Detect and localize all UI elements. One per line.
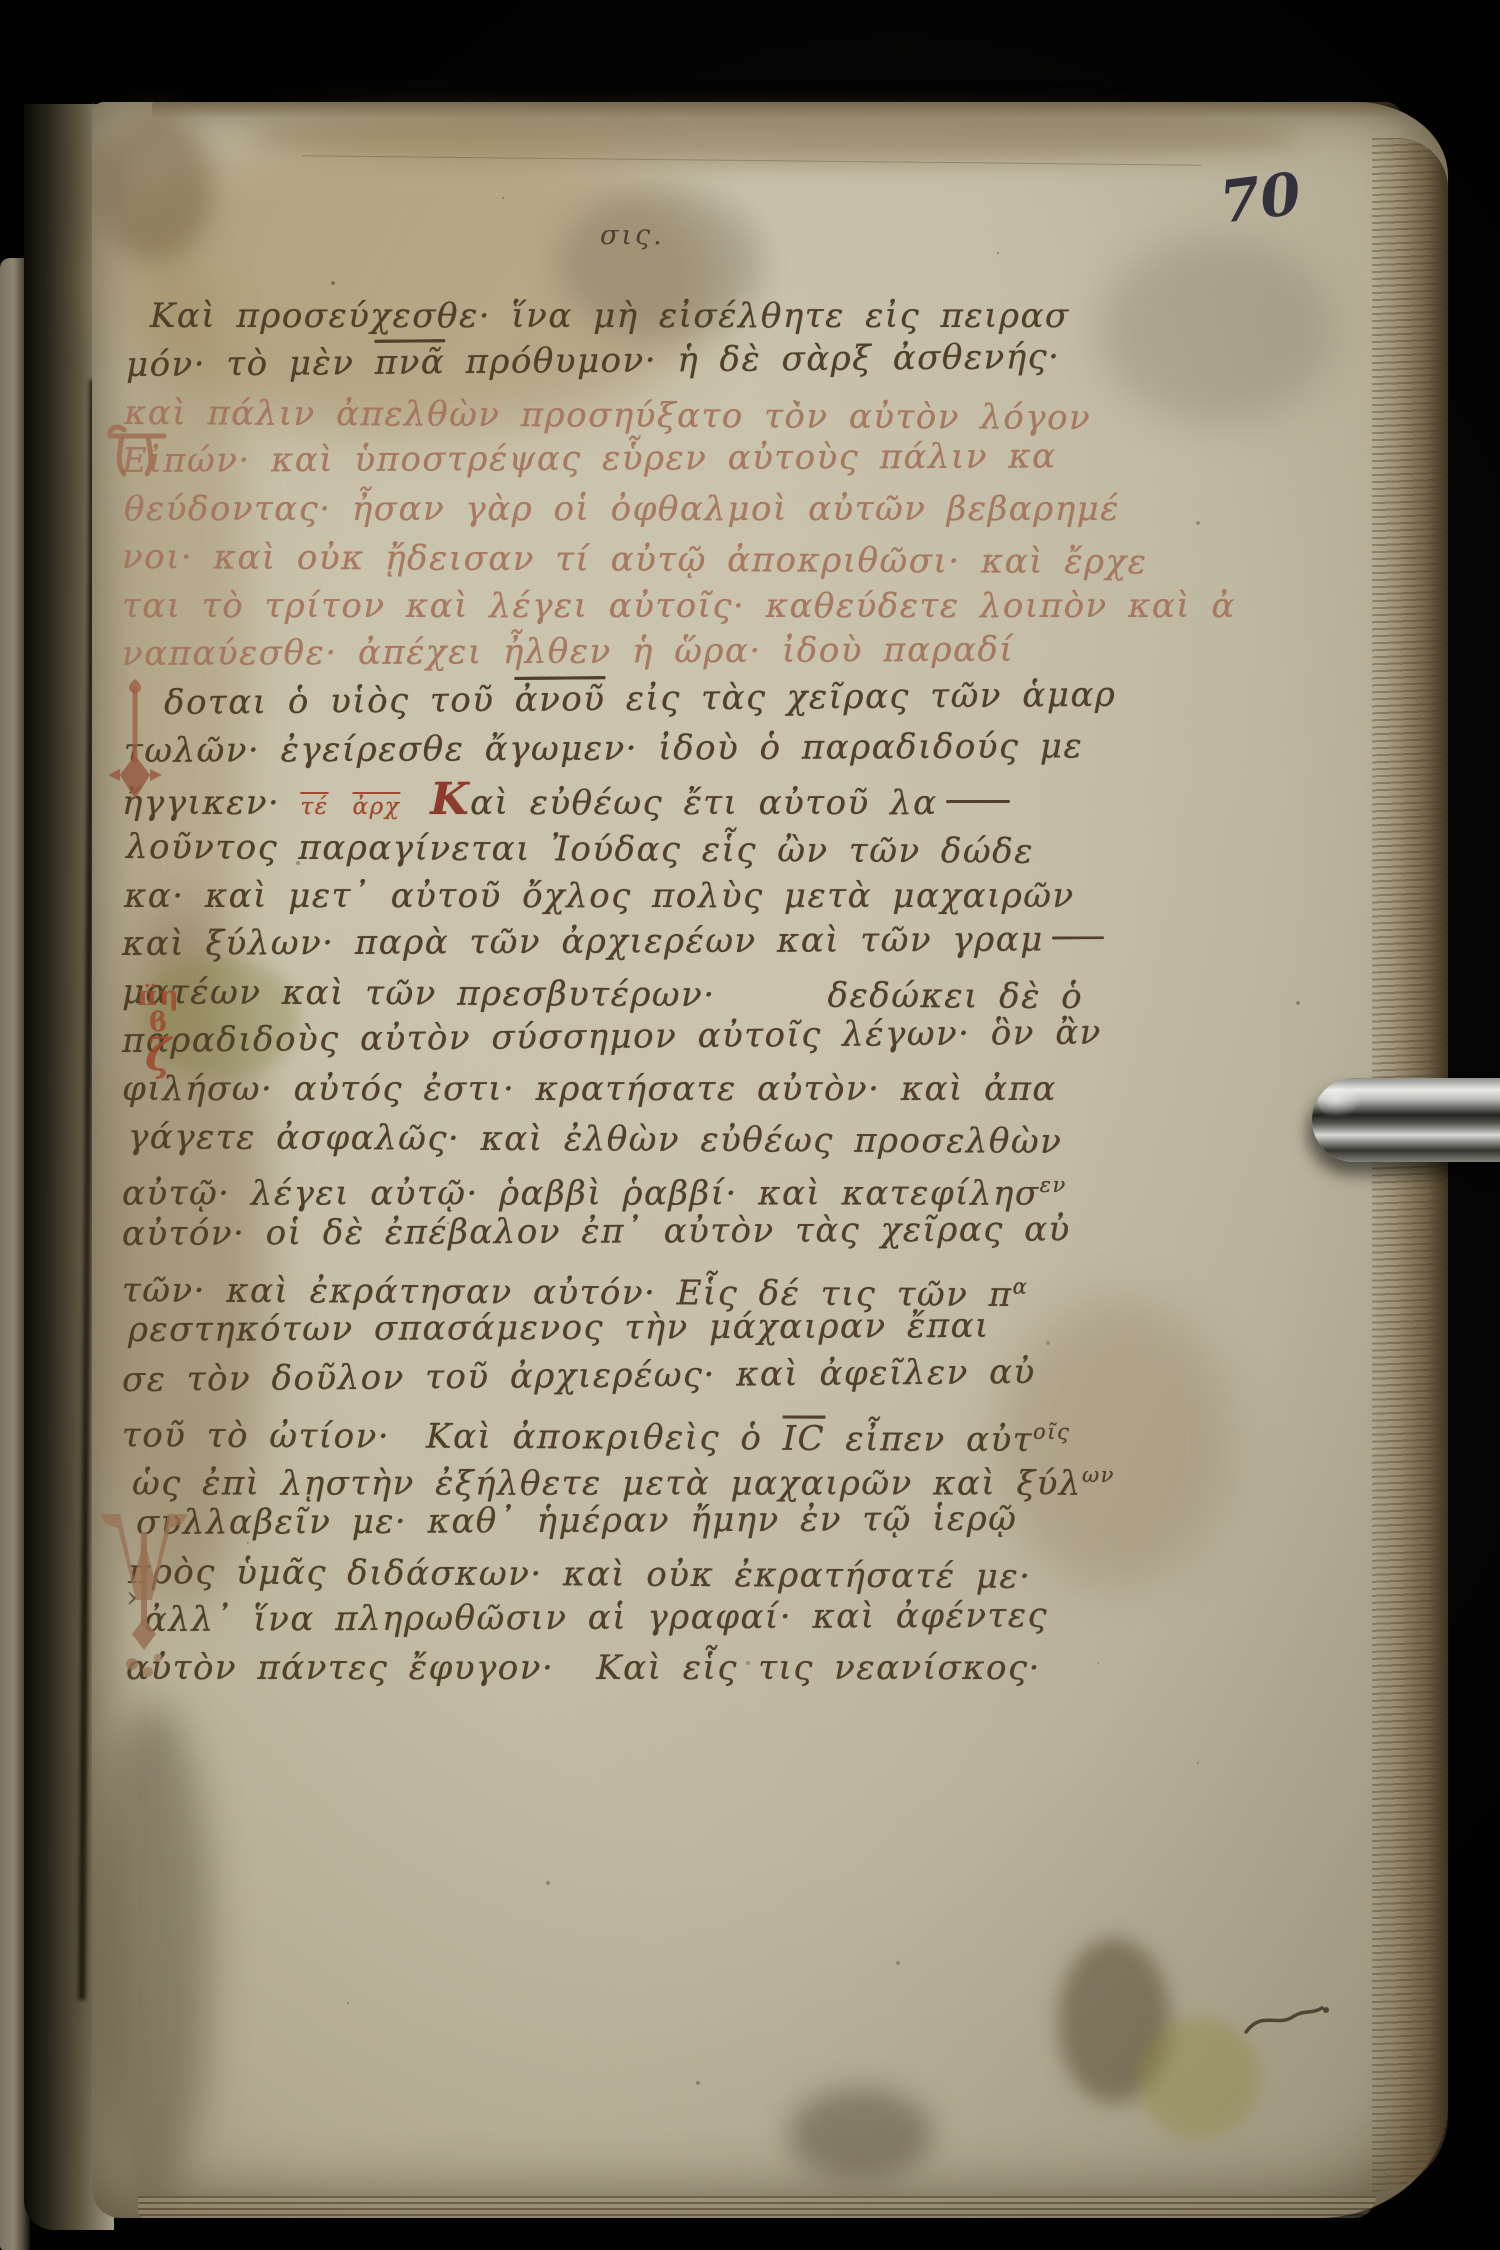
text-run: οῖς <box>1033 1419 1070 1444</box>
text-line: κα· καὶ μετ᾽ αὐτοῦ ὄχλος πολὺς μετὰ μαχα… <box>124 872 1082 920</box>
stain-bottom-yellow-specks <box>1138 2017 1260 2139</box>
text-line: νοι· καὶ οὐκ ᾔδεισαν τί αὐτῷ ἀποκριθῶσι·… <box>122 533 1082 586</box>
text-run: Κ <box>430 773 470 825</box>
text-run: ων <box>1082 1462 1115 1487</box>
text-line: μόν· τὸ μὲν πνᾶ πρόθυμον· ἡ δὲ σὰρξ ἀσθε… <box>126 333 1082 390</box>
text-run: εἰς τὰς χεῖρας τῶν ἁμαρ <box>605 675 1116 719</box>
text-line: αὐτόν· οἱ δὲ ἐπέβαλον ἐπ᾽ αὐτὸν τὰς χεῖρ… <box>122 1205 1082 1258</box>
text-line: αὐτὸν πάντες ἔφυγον·Καὶ εἷς τις νεανίσκο… <box>126 1644 1082 1692</box>
text-line: ἀλλ᾽ ἵνα πληρωθῶσιν αἱ γραφαί· καὶ ἀφέντ… <box>144 1591 1082 1644</box>
text-run: α <box>1013 1274 1029 1299</box>
text-line: παραδιδοὺς αὐτὸν σύσσημον αὐτοῖς λέγων· … <box>122 1009 1082 1066</box>
stain-bottom-left-smudge <box>788 2088 933 2180</box>
line-filler-rule <box>946 800 1010 803</box>
text-run: ἀλλ᾽ ἵνα πληρωθῶσιν αἱ γραφαί· καὶ ἀφέντ… <box>144 1596 1048 1640</box>
text-run: συλλαβεῖν με· καθ᾽ ἡμέραν ἤμην ἐν τῷ ἱερ… <box>136 1499 1018 1543</box>
manuscript-page: σις. 70 Καὶ προσεύχεσθε· ἵνα μὴ εἰσέλθητ… <box>92 102 1448 2218</box>
text-line: σε τὸν δοῦλον τοῦ ἀρχιερέως· καὶ ἀφεῖλεν… <box>122 1347 1082 1404</box>
quire-mark: σις. <box>600 220 665 251</box>
top-page-edge <box>152 102 1402 118</box>
pen-trial-squiggle-icon <box>1242 2000 1334 2042</box>
manuscript-photo: σις. 70 Καὶ προσεύχεσθε· ἵνα μὴ εἰσέλθητ… <box>0 0 1500 2250</box>
text-run: ΙC <box>783 1419 826 1459</box>
text-run: πρόθυμον· ἡ δὲ σὰρξ ἀσθενής· <box>445 337 1061 382</box>
text-run: αὐτόν· οἱ δὲ ἐπέβαλον ἐπ᾽ αὐτὸν τὰς χεῖρ… <box>122 1209 1071 1254</box>
text-run: παραδιδοὺς αὐτὸν σύσσημον αὐτοῖς λέγων· … <box>122 1013 1102 1062</box>
text-run: ἀνοῦ <box>515 680 606 721</box>
text-line: λοῦντος παραγίνεται Ἰούδας εἷς ὢν τῶν δώ… <box>126 823 1082 876</box>
text-run: πνᾶ <box>375 343 446 384</box>
text-run: καὶ ξύλων· παρὰ τῶν ἀρχιερέων καὶ τῶν γρ… <box>122 919 1044 964</box>
fore-edge-page-stack <box>1372 138 1448 2192</box>
text-line: ἤγγικεν·τέἀρχΚαὶ εὐθέως ἔτι αὐτοῦ λα <box>122 775 1082 823</box>
text-run: λοῦντος παραγίνεται Ἰούδας εἷς ὢν τῶν δώ… <box>126 827 1034 872</box>
text-line: τωλῶν· ἐγείρεσθε ἄγωμεν· ἰδοὺ ὁ παραδιδο… <box>124 722 1082 775</box>
text-run: ται τὸ τρίτον καὶ λέγει αὐτοῖς· καθεύδετ… <box>122 586 1236 626</box>
text-run: εν <box>1040 1172 1067 1197</box>
text-run: φιλήσω· αὐτός ἐστι· κρατήσατε αὐτὸν· καὶ… <box>122 1069 1057 1109</box>
text-run: ρεστηκότων σπασάμενος τὴν μάχαιραν ἔπαι <box>128 1306 990 1350</box>
text-run: νοι· καὶ οὐκ ᾔδεισαν τί αὐτῷ ἀποκριθῶσι·… <box>122 537 1148 582</box>
text-run: τοῦ τὸ ὠτίον· <box>122 1415 390 1456</box>
text-line: φιλήσω· αὐτός ἐστι· κρατήσατε αὐτὸν· καὶ… <box>122 1065 1082 1113</box>
text-line: θεύδοντας· ἦσαν γὰρ οἱ ὀφθαλμοὶ αὐτῶν βε… <box>124 485 1082 533</box>
text-run: γάγετε ἀσφαλῶς· καὶ ἐλθὼν εὐθέως προσελθ… <box>128 1117 1063 1162</box>
text-run: εἶπεν αὐτ <box>825 1419 1033 1460</box>
stain-top-left-corner <box>95 112 213 262</box>
text-line: αὐτῷ· λέγει αὐτῷ· ῥαββὶ ῥαββί· καὶ κατεφ… <box>122 1161 1082 1209</box>
text-line: συλλαβεῖν με· καθ᾽ ἡμέραν ἤμην ἐν τῷ ἱερ… <box>136 1495 1082 1548</box>
text-run: Καὶ ἀποκριθεὶς ὁ <box>426 1417 783 1459</box>
stain-right-of-header <box>1098 238 1333 423</box>
text-run: αὐτὸν πάντες ἔφυγον· <box>126 1648 554 1688</box>
stain-bottom-dark-blotch <box>1058 1938 1170 2103</box>
stain-left-lower-gutter <box>92 1702 212 2202</box>
folio-number: 70 <box>1216 159 1304 236</box>
hairline-scratch <box>302 155 1202 165</box>
text-run: πρὸς ὑμᾶς διδάσκων· καὶ οὐκ ἐκρατήσατέ μ… <box>128 1552 1032 1597</box>
text-run: ἤγγικεν· <box>122 783 280 823</box>
text-line: ναπαύεσθε· ἀπέχει ἦλθεν ἡ ὥρα· ἰδοὺ παρα… <box>122 625 1082 678</box>
text-line: δοται ὁ υἱὸς τοῦ ἀνοῦ εἰς τὰς χεῖρας τῶν… <box>164 671 1082 727</box>
text-run: θεύδοντας· ἦσαν γὰρ οἱ ὀφθαλμοὶ αὐτῶν βε… <box>124 489 1120 529</box>
text-run: ἀρχ <box>353 794 401 820</box>
text-run: σε τὸν δοῦλον τοῦ ἀρχιερέως· καὶ ἀφεῖλεν… <box>122 1352 1036 1400</box>
text-run: ναπαύεσθε· ἀπέχει ἦλθεν ἡ ὥρα· ἰδοὺ παρα… <box>122 630 1014 674</box>
text-line: ται τὸ τρίτον καὶ λέγει αὐτοῖς· καθεύδετ… <box>122 582 1082 630</box>
text-block: Καὶ προσεύχεσθε· ἵνα μὴ εἰσέλθητε εἰς πε… <box>122 292 1082 1693</box>
text-run: ματέων καὶ τῶν πρεσβυτέρων· <box>122 972 716 1015</box>
text-line: καὶ ξύλων· παρὰ τῶν ἀρχιερέων καὶ τῶν γρ… <box>122 915 1082 968</box>
text-run: μόν· τὸ μὲν <box>126 343 375 385</box>
text-run: κα· καὶ μετ᾽ αὐτοῦ ὄχλος πολὺς μετὰ μαχα… <box>124 876 1075 916</box>
text-run: Εἰπών· καὶ ὑποστρέψας εὗρεν αὐτοὺς πάλιν… <box>122 436 1057 481</box>
line-filler-rule <box>1052 936 1104 939</box>
text-run: αὶ εὐθέως ἔτι αὐτοῦ λα <box>470 783 937 823</box>
text-run: Καὶ προσεύχεσθε· ἵνα μὴ εἰσέλθητε εἰς πε… <box>150 296 1070 336</box>
page-holder-clip <box>1312 1078 1500 1162</box>
text-run: τωλῶν· ἐγείρεσθε ἄγωμεν· ἰδοὺ ὁ παραδιδο… <box>124 726 1083 771</box>
text-line: τοῦ τὸ ὠτίον·Καὶ ἀποκριθεὶς ὁ ΙC εἶπεν α… <box>122 1403 1082 1456</box>
parchment-speckles <box>92 102 94 104</box>
text-line: ρεστηκότων σπασάμενος τὴν μάχαιραν ἔπαι <box>128 1302 1082 1355</box>
text-run: δοται ὁ υἱὸς τοῦ <box>164 680 515 723</box>
text-run: τέ <box>300 794 328 820</box>
text-line: γάγετε ἀσφαλῶς· καὶ ἐλθὼν εὐθέως προσελθ… <box>128 1113 1082 1166</box>
bottom-page-edges <box>138 2196 1376 2218</box>
text-run: καὶ πάλιν ἀπελθὼν προσηύξατο τὸν αὐτὸν λ… <box>124 393 1091 438</box>
text-line: Εἰπών· καὶ ὑποστρέψας εὗρεν αὐτοὺς πάλιν… <box>122 432 1082 485</box>
text-run: Καὶ εἷς τις νεανίσκος· <box>596 1648 1041 1688</box>
